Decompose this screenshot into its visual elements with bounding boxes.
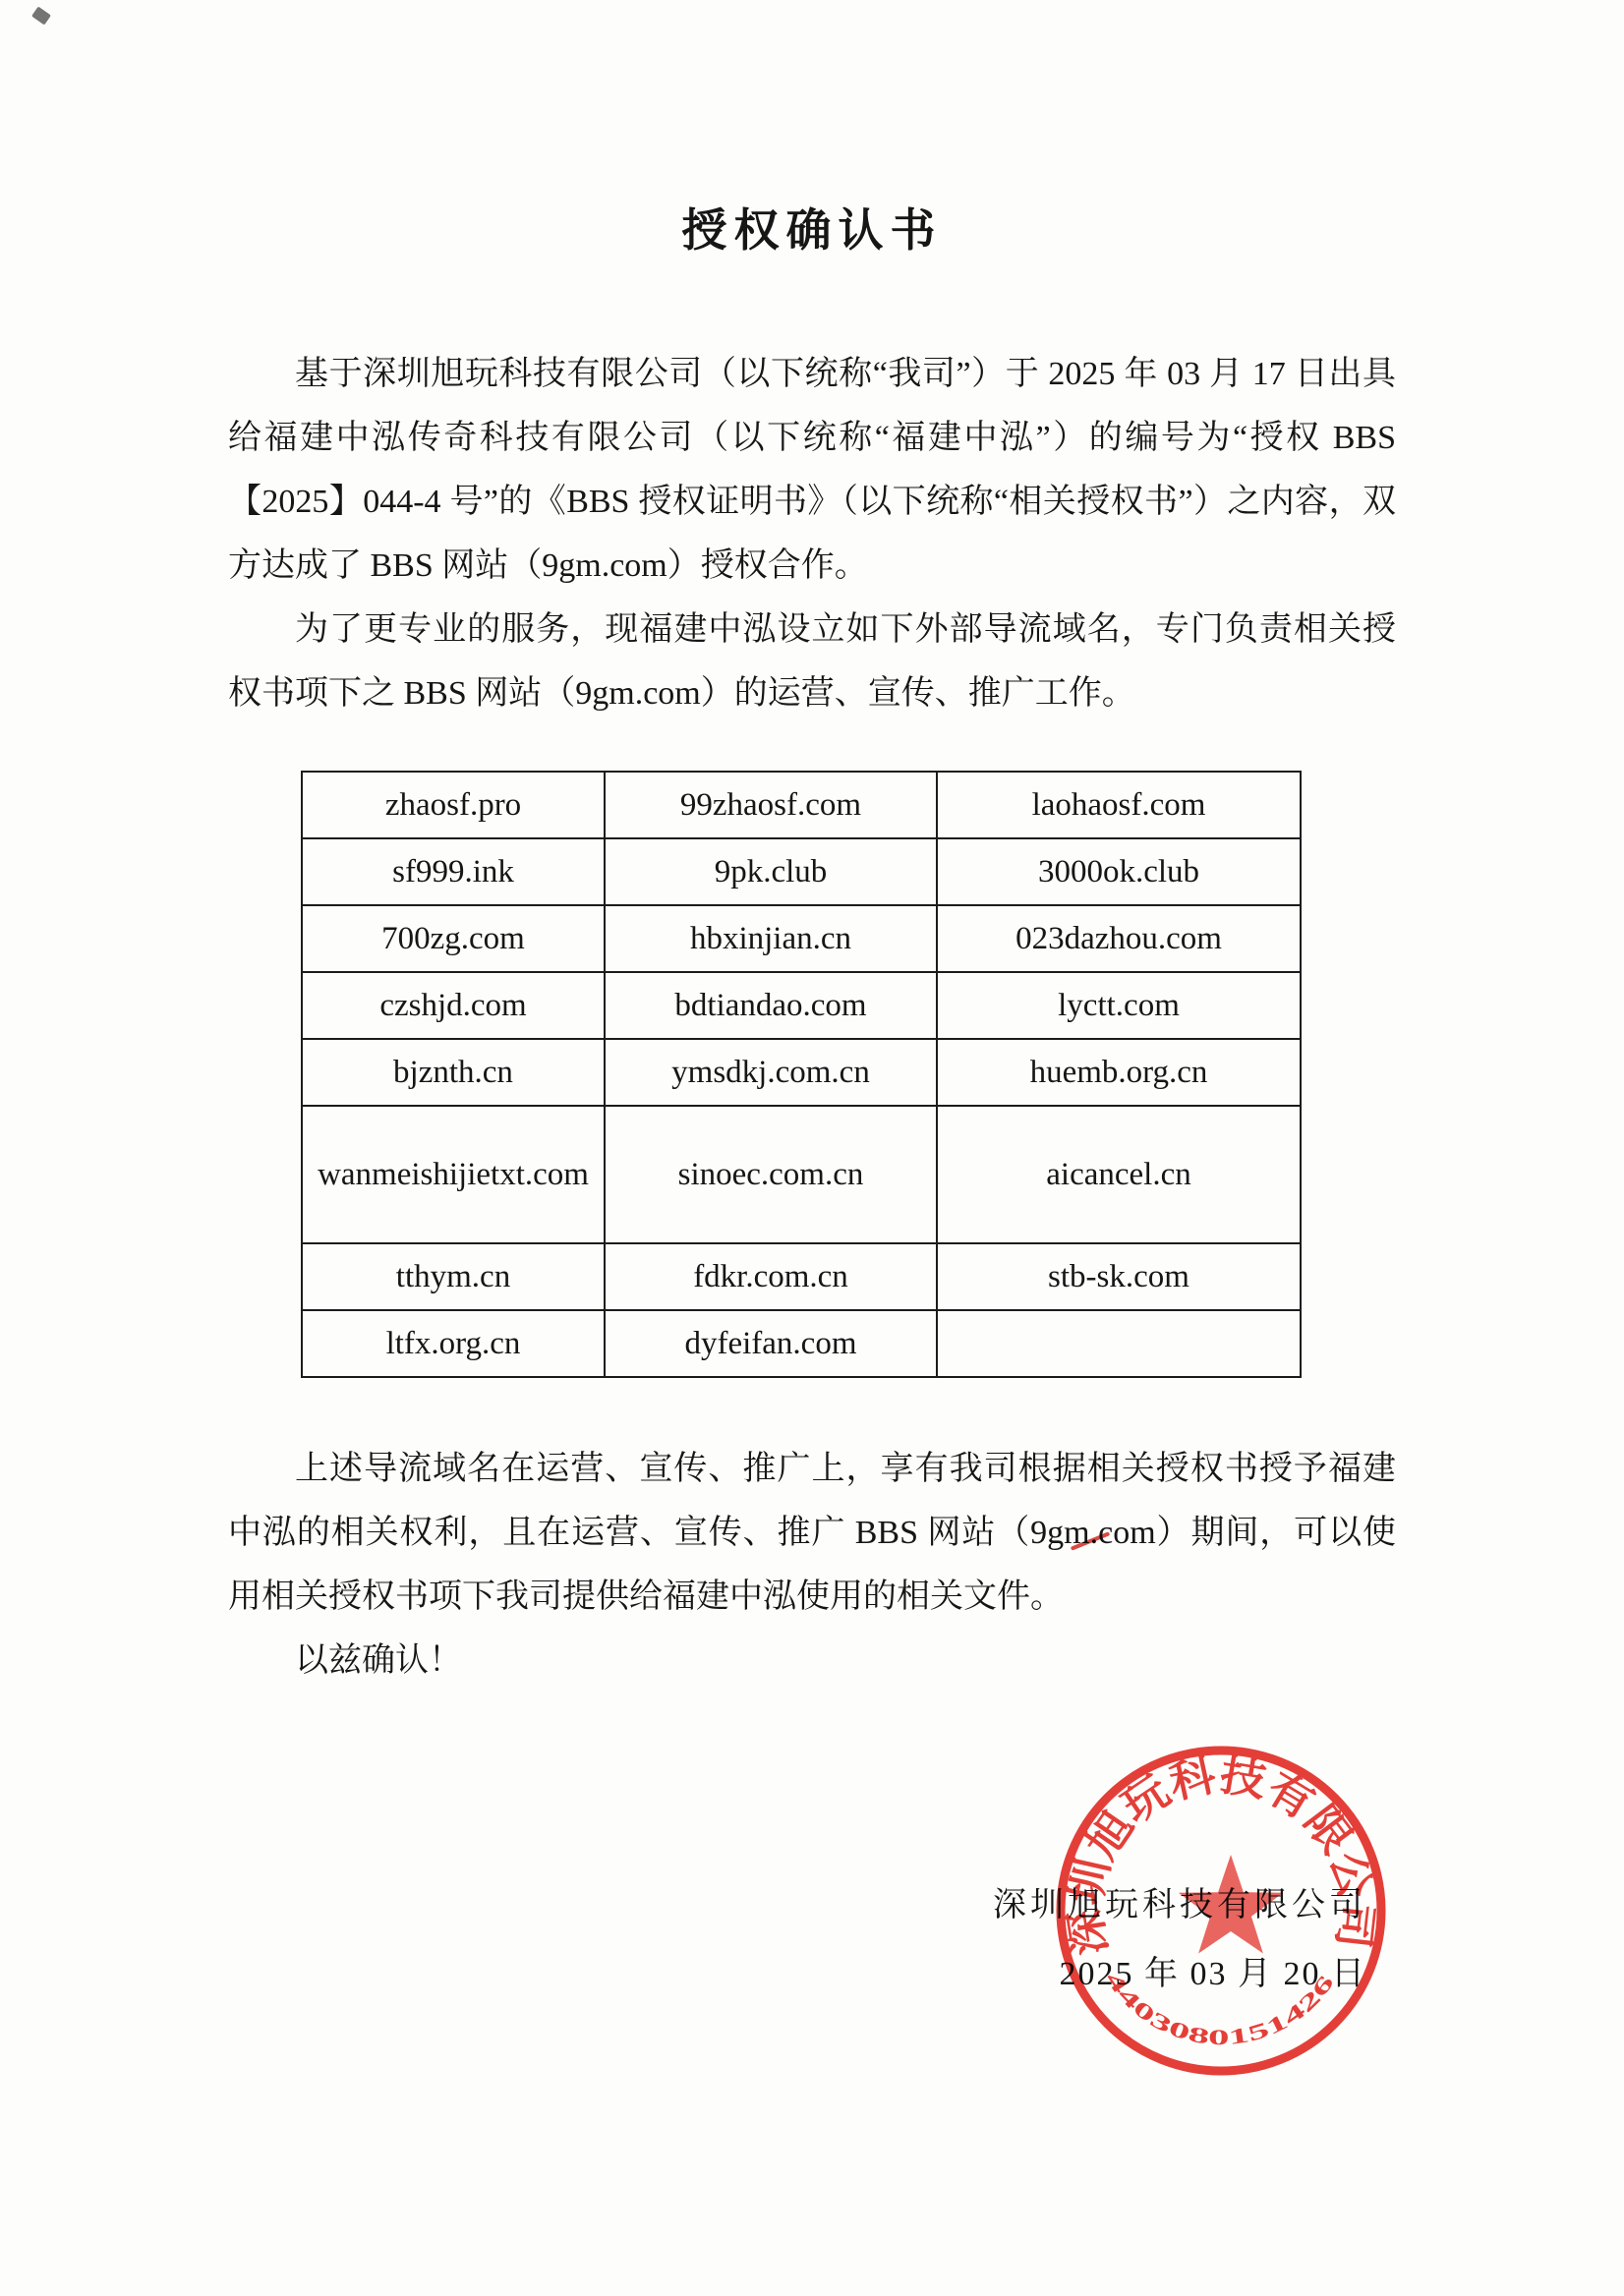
- domain-cell: bjznth.cn: [302, 1039, 605, 1106]
- document-content: 授权确认书 基于深圳旭玩科技有限公司（以下统称“我司”）于 2025 年 03 …: [228, 0, 1396, 2009]
- paragraph-authorization-basis: 基于深圳旭玩科技有限公司（以下统称“我司”）于 2025 年 03 月 17 日…: [228, 342, 1396, 598]
- domain-cell: 9pk.club: [605, 838, 937, 905]
- domain-cell: tthym.cn: [302, 1243, 605, 1310]
- redirect-domain-table: zhaosf.pro 99zhaosf.com laohaosf.com sf9…: [301, 771, 1302, 1378]
- signature-company-name: 深圳旭玩科技有限公司: [228, 1871, 1366, 1940]
- domain-cell: dyfeifan.com: [605, 1310, 937, 1377]
- domain-cell: stb-sk.com: [937, 1243, 1301, 1310]
- domain-cell: laohaosf.com: [937, 772, 1301, 838]
- domain-cell: wanmeishijietxt.com: [302, 1106, 605, 1243]
- table-row: wanmeishijietxt.com sinoec.com.cn aicanc…: [302, 1106, 1301, 1243]
- table-row: ltfx.org.cn dyfeifan.com: [302, 1310, 1301, 1377]
- domain-cell: aicancel.cn: [937, 1106, 1301, 1243]
- table-row: zhaosf.pro 99zhaosf.com laohaosf.com: [302, 772, 1301, 838]
- domain-cell: zhaosf.pro: [302, 772, 605, 838]
- domain-cell: huemb.org.cn: [937, 1039, 1301, 1106]
- table-row: sf999.ink 9pk.club 3000ok.club: [302, 838, 1301, 905]
- domain-cell: hbxinjian.cn: [605, 905, 937, 972]
- domain-cell: 700zg.com: [302, 905, 605, 972]
- domain-cell: bdtiandao.com: [605, 972, 937, 1039]
- domain-cell: 99zhaosf.com: [605, 772, 937, 838]
- signature-date: 2025 年 03 月 20 日: [228, 1940, 1366, 2009]
- table-row: bjznth.cn ymsdkj.com.cn huemb.org.cn: [302, 1039, 1301, 1106]
- signature-block: 深圳旭玩科技有限公司 2025 年 03 月 20 日: [228, 1871, 1396, 2009]
- domain-cell: lyctt.com: [937, 972, 1301, 1039]
- domain-cell: sinoec.com.cn: [605, 1106, 937, 1243]
- domain-cell: 023dazhou.com: [937, 905, 1301, 972]
- domain-cell: ltfx.org.cn: [302, 1310, 605, 1377]
- confirmation-line: 以兹确认！: [228, 1629, 1396, 1693]
- domain-cell: [937, 1310, 1301, 1377]
- document-page: 授权确认书 基于深圳旭玩科技有限公司（以下统称“我司”）于 2025 年 03 …: [0, 0, 1624, 2296]
- domain-cell: czshjd.com: [302, 972, 605, 1039]
- table-row: czshjd.com bdtiandao.com lyctt.com: [302, 972, 1301, 1039]
- scan-speck-artifact: [31, 6, 51, 25]
- table-row: 700zg.com hbxinjian.cn 023dazhou.com: [302, 905, 1301, 972]
- table-row: tthym.cn fdkr.com.cn stb-sk.com: [302, 1243, 1301, 1310]
- paragraph-rights-grant: 上述导流域名在运营、宣传、推广上，享有我司根据相关授权书授予福建中泓的相关权利，…: [228, 1437, 1396, 1629]
- domain-cell: fdkr.com.cn: [605, 1243, 937, 1310]
- paragraph-domain-intro: 为了更专业的服务，现福建中泓设立如下外部导流域名，专门负责相关授权书项下之 BB…: [228, 598, 1396, 725]
- domain-cell: sf999.ink: [302, 838, 605, 905]
- domain-cell: 3000ok.club: [937, 838, 1301, 905]
- document-title: 授权确认书: [228, 195, 1396, 259]
- domain-cell: ymsdkj.com.cn: [605, 1039, 937, 1106]
